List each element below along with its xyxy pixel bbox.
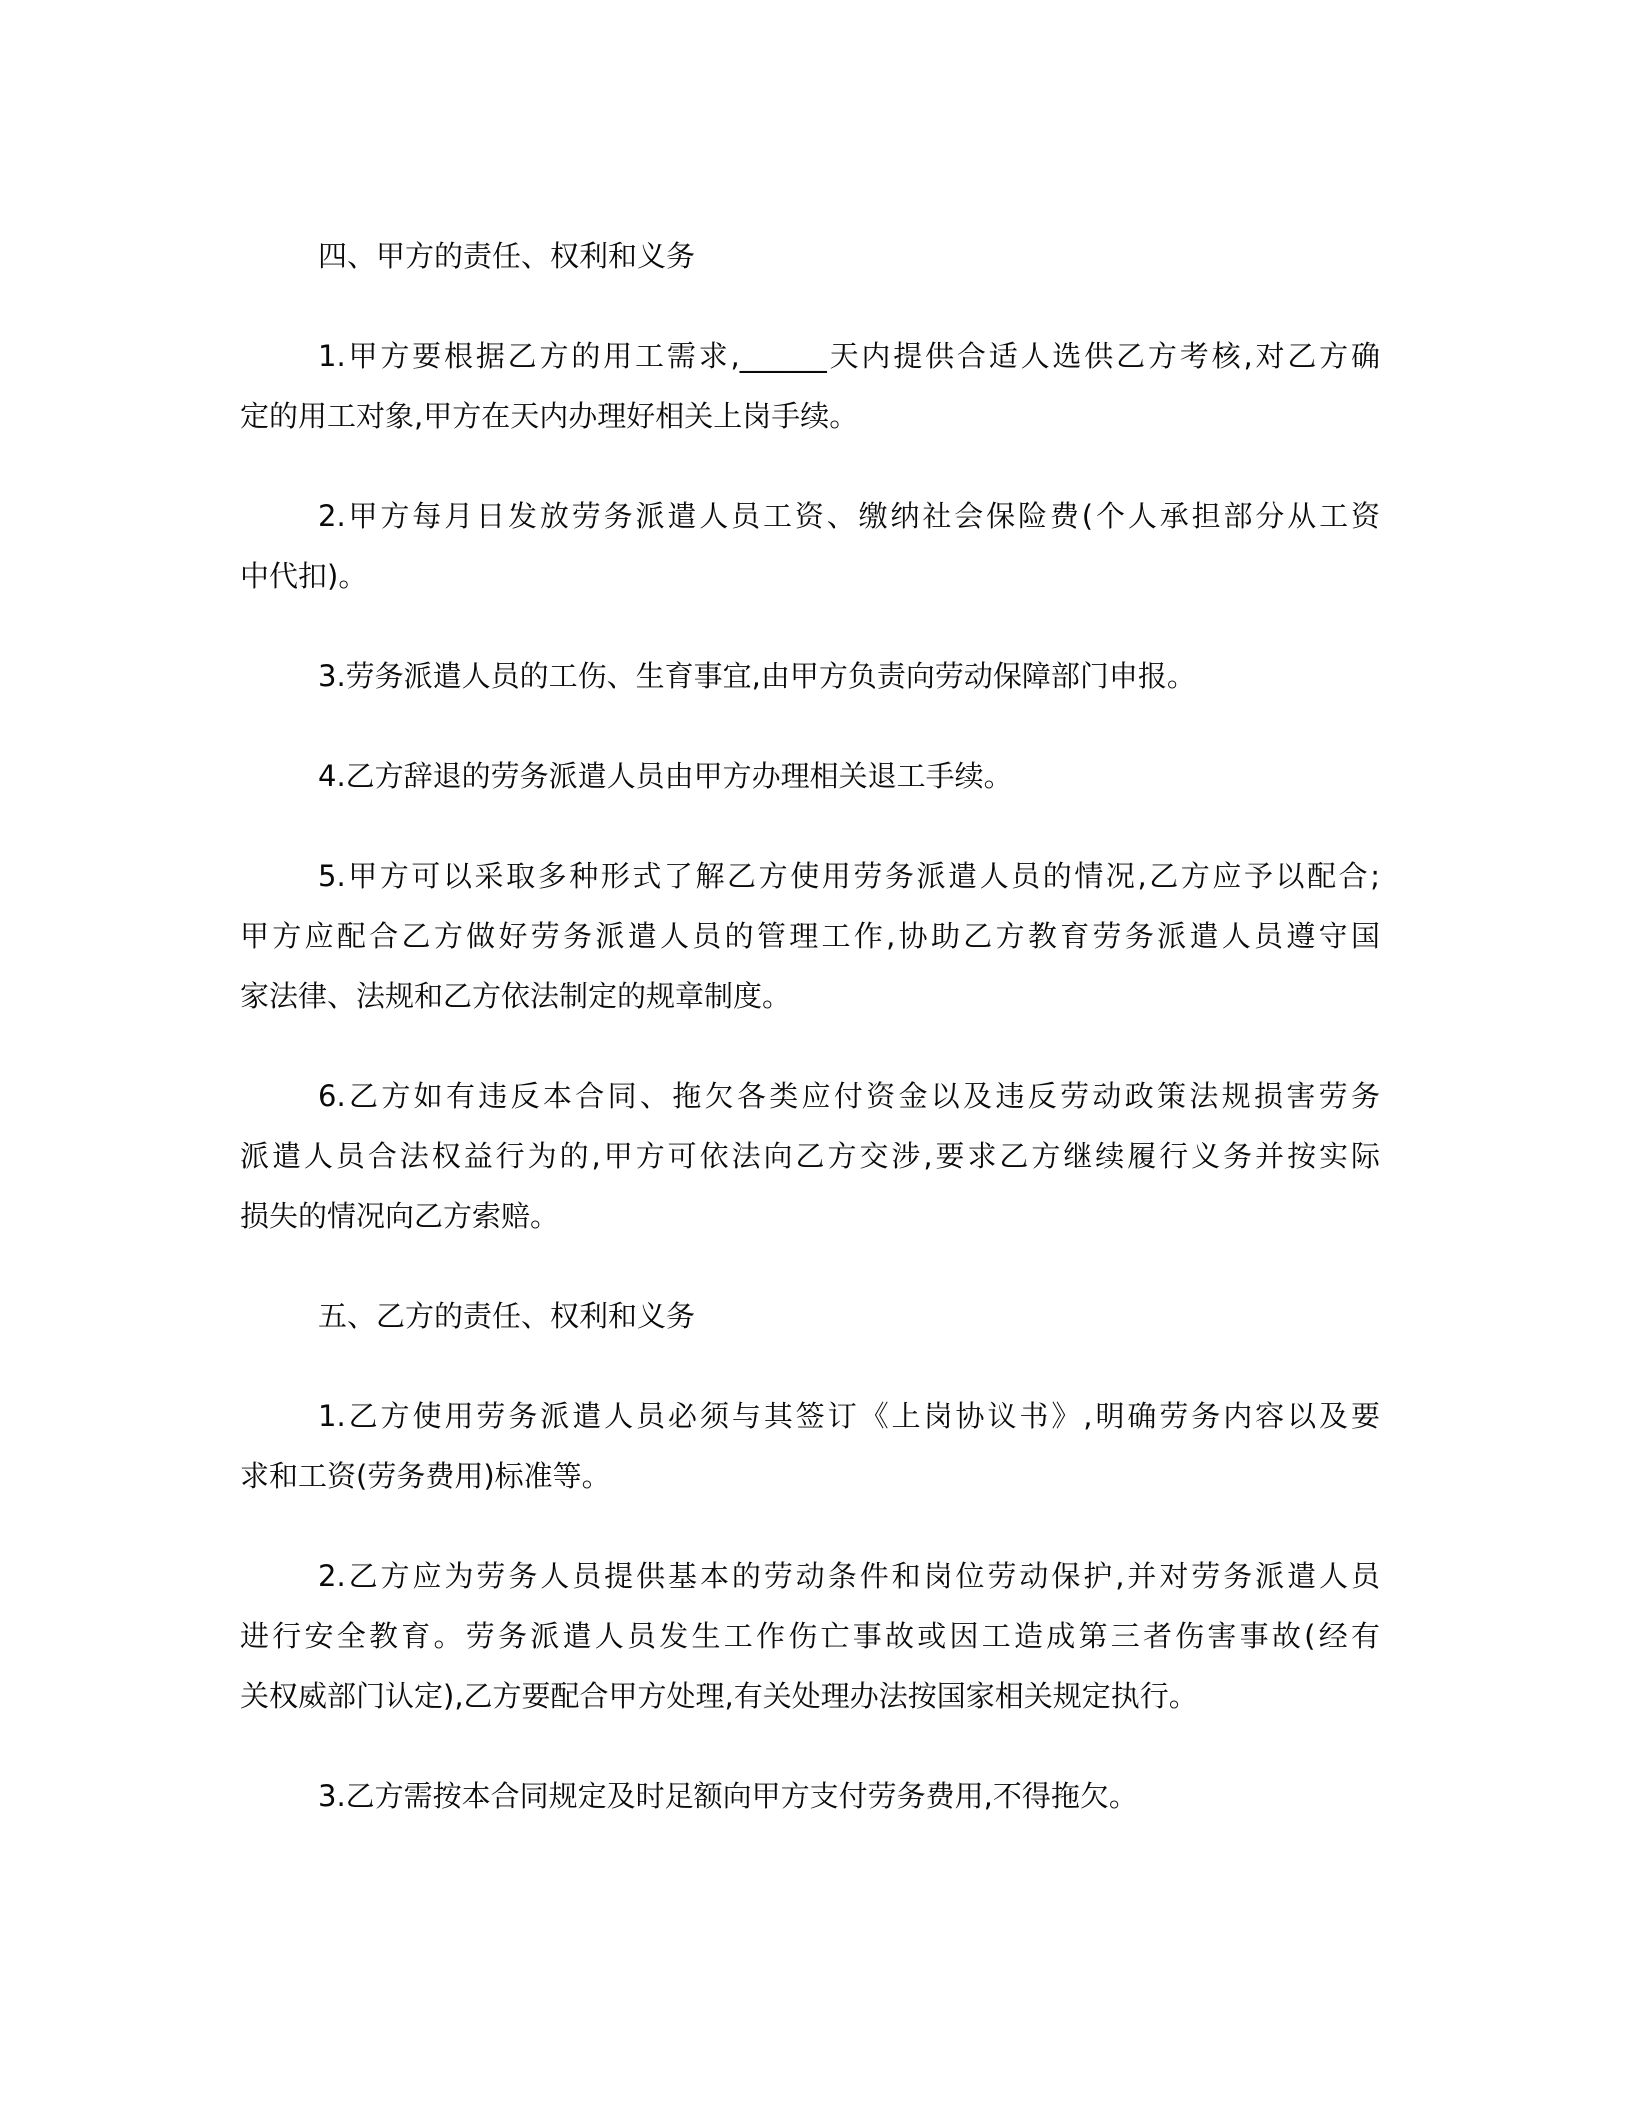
clause-line: 损失的情况向乙方索赔。 — [240, 1186, 1380, 1246]
clause-4-3: 3.劳务派遣人员的工伤、生育事宜,由甲方负责向劳动保障部门申报。 — [240, 646, 1380, 706]
clause-line: 中代扣)。 — [240, 546, 1380, 606]
clause-4-1: 1.甲方要根据乙方的用工需求,______天内提供合适人选供乙方考核,对乙方确 … — [240, 326, 1380, 446]
clause-5-1: 1.乙方使用劳务派遣人员必须与其签订《上岗协议书》,明确劳务内容以及要 求和工资… — [240, 1386, 1380, 1506]
clause-line: 2.甲方每月日发放劳务派遣人员工资、缴纳社会保险费(个人承担部分从工资 — [240, 486, 1380, 546]
clause-line: 定的用工对象,甲方在天内办理好相关上岗手续。 — [240, 386, 1380, 446]
clause-4-4: 4.乙方辞退的劳务派遣人员由甲方办理相关退工手续。 — [240, 746, 1380, 806]
document-page: 四、甲方的责任、权利和义务 1.甲方要根据乙方的用工需求,______天内提供合… — [0, 0, 1632, 2112]
heading-text: 四、甲方的责任、权利和义务 — [240, 226, 1380, 286]
clause-line: 3.乙方需按本合同规定及时足额向甲方支付劳务费用,不得拖欠。 — [240, 1766, 1380, 1826]
clause-line: 5.甲方可以采取多种形式了解乙方使用劳务派遣人员的情况,乙方应予以配合; — [240, 846, 1380, 906]
clause-line: 3.劳务派遣人员的工伤、生育事宜,由甲方负责向劳动保障部门申报。 — [240, 646, 1380, 706]
clause-line: 关权威部门认定),乙方要配合甲方处理,有关处理办法按国家相关规定执行。 — [240, 1666, 1380, 1726]
clause-line: 进行安全教育。劳务派遣人员发生工作伤亡事故或因工造成第三者伤害事故(经有 — [240, 1606, 1380, 1666]
clause-line: 求和工资(劳务费用)标准等。 — [240, 1446, 1380, 1506]
clause-5-3: 3.乙方需按本合同规定及时足额向甲方支付劳务费用,不得拖欠。 — [240, 1766, 1380, 1826]
clause-5-2: 2.乙方应为劳务人员提供基本的劳动条件和岗位劳动保护,并对劳务派遣人员 进行安全… — [240, 1546, 1380, 1726]
clause-line: 4.乙方辞退的劳务派遣人员由甲方办理相关退工手续。 — [240, 746, 1380, 806]
clause-4-2: 2.甲方每月日发放劳务派遣人员工资、缴纳社会保险费(个人承担部分从工资 中代扣)… — [240, 486, 1380, 606]
clause-4-6: 6.乙方如有违反本合同、拖欠各类应付资金以及违反劳动政策法规损害劳务 派遣人员合… — [240, 1066, 1380, 1246]
section-heading-4: 四、甲方的责任、权利和义务 — [240, 226, 1380, 286]
clause-line: 6.乙方如有违反本合同、拖欠各类应付资金以及违反劳动政策法规损害劳务 — [240, 1066, 1380, 1126]
document-body: 四、甲方的责任、权利和义务 1.甲方要根据乙方的用工需求,______天内提供合… — [240, 226, 1380, 1866]
clause-line: 1.甲方要根据乙方的用工需求,______天内提供合适人选供乙方考核,对乙方确 — [240, 326, 1380, 386]
section-heading-5: 五、乙方的责任、权利和义务 — [240, 1286, 1380, 1346]
heading-text: 五、乙方的责任、权利和义务 — [240, 1286, 1380, 1346]
clause-line: 派遣人员合法权益行为的,甲方可依法向乙方交涉,要求乙方继续履行义务并按实际 — [240, 1126, 1380, 1186]
clause-4-5: 5.甲方可以采取多种形式了解乙方使用劳务派遣人员的情况,乙方应予以配合; 甲方应… — [240, 846, 1380, 1026]
clause-line: 甲方应配合乙方做好劳务派遣人员的管理工作,协助乙方教育劳务派遣人员遵守国 — [240, 906, 1380, 966]
clause-line: 家法律、法规和乙方依法制定的规章制度。 — [240, 966, 1380, 1026]
clause-line: 1.乙方使用劳务派遣人员必须与其签订《上岗协议书》,明确劳务内容以及要 — [240, 1386, 1380, 1446]
clause-line: 2.乙方应为劳务人员提供基本的劳动条件和岗位劳动保护,并对劳务派遣人员 — [240, 1546, 1380, 1606]
